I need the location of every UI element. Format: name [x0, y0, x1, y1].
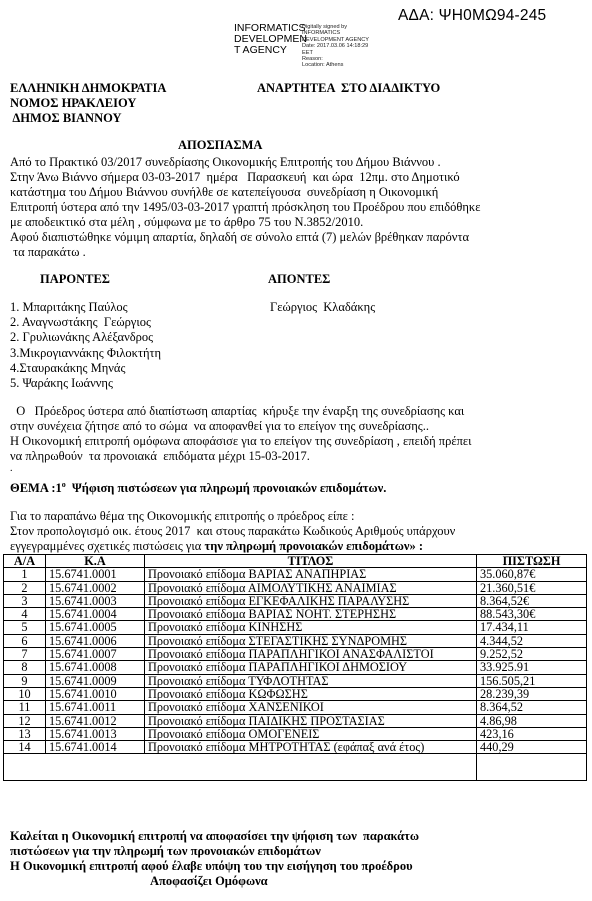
separator-dot: .	[10, 463, 13, 474]
closing-line: Καλείται η Οικονομική επιτροπή να αποφασ…	[10, 829, 419, 844]
budget-code: 15.6741.0003	[46, 594, 145, 607]
budget-code: 15.6741.0011	[46, 701, 145, 714]
allowance-title: Προνοιακό επίδομα ΧΑΝΣΕΝΙΚΟΙ	[145, 701, 477, 714]
chair-statement-line: εγγεγραμμένες σχετικές πιστώσεις για την…	[10, 539, 455, 554]
table-row: 1415.6741.0014Προνοιακό επίδομα ΜΗΤΡΟΤΗΤ…	[4, 741, 587, 754]
absent-members-list: Γεώργιος Κλαδάκης	[270, 300, 375, 315]
row-number: 6	[4, 634, 46, 647]
header-credit: ΠΙΣΤΩΣΗ	[477, 555, 587, 568]
present-member: 5. Ψαράκης Ιωάννης	[10, 376, 161, 391]
absent-heading: ΑΠΟΝΤΕΣ	[268, 272, 330, 287]
proceedings-line: στην συνέχεια ζήτησε από το σώμα να αποφ…	[10, 419, 472, 434]
table-row: 515.6741.0005Προνοιακό επίδομα ΚΙΝΗΣΗΣ17…	[4, 621, 587, 634]
empty-cell	[4, 754, 477, 781]
budget-code: 15.6741.0010	[46, 687, 145, 700]
credit-amount: 8.364,52	[477, 701, 587, 714]
present-member: 2. Αναγνωστάκης Γεώργιος	[10, 315, 161, 330]
budget-code: 15.6741.0008	[46, 661, 145, 674]
allowance-title: Προνοιακό επίδομα ΚΩΦΩΣΗΣ	[145, 687, 477, 700]
credit-amount: 440,29	[477, 741, 587, 754]
signature-detail-line: Location: Athens	[302, 62, 369, 68]
closing-paragraph: Καλείται η Οικονομική επιτροπή να αποφασ…	[10, 829, 419, 874]
publication-note: ΑΝΑΡΤΗΤΕΑ ΣΤΟ ΔΙΑΔΙΚΤΥΟ	[257, 81, 440, 96]
allowance-title: Προνοιακό επίδομα ΑΙΜΟΛΥΤΙΚΗΣ ΑΝΑΙΜΙΑΣ	[145, 581, 477, 594]
intro-line: Επιτροπή ύστερα από την 1495/03-03-2017 …	[10, 200, 480, 215]
credit-amount: 33.925.91	[477, 661, 587, 674]
table-row: 115.6741.0001Προνοιακό επίδομα ΒΑΡΙΑΣ ΑΝ…	[4, 568, 587, 581]
table-body: 115.6741.0001Προνοιακό επίδομα ΒΑΡΙΑΣ ΑΝ…	[4, 568, 587, 781]
issuer-line: ΝΟΜΟΣ ΗΡΑΚΛΕΙΟΥ	[10, 96, 166, 111]
table-row: 1015.6741.0010Προνοιακό επίδομα ΚΩΦΩΣΗΣ2…	[4, 687, 587, 700]
header-aa: Α/Α	[4, 555, 46, 568]
present-members-list: 1. Μπαριτάκης Παύλος 2. Αναγνωστάκης Γεώ…	[10, 300, 161, 391]
decision-text: Αποφασίζει Ομόφωνα	[150, 874, 268, 889]
allowance-title: Προνοιακό επίδομα ΣΤΕΓΑΣΤΙΚΗΣ ΣΥΝΔΡΟΜΗΣ	[145, 634, 477, 647]
chair-statement-line: Στον προπολογισμό οικ. έτους 2017 και στ…	[10, 524, 455, 539]
present-member: 1. Μπαριτάκης Παύλος	[10, 300, 161, 315]
row-number: 14	[4, 741, 46, 754]
issuer-header: ΕΛΛΗΝΙΚΗ ΔΗΜΟΚΡΑΤΙΑ ΝΟΜΟΣ ΗΡΑΚΛΕΙΟΥ ΔΗΜΟ…	[10, 81, 166, 126]
credit-amount: 156.505,21	[477, 674, 587, 687]
allowance-title: Προνοιακό επίδομα ΕΓΚΕΦΑΛΙΚΗΣ ΠΑΡΑΛΥΣΗΣ	[145, 594, 477, 607]
budget-code: 15.6741.0014	[46, 741, 145, 754]
table-row: 1215.6741.0012Προνοιακό επίδομα ΠΑΙΔΙΚΗΣ…	[4, 714, 587, 727]
closing-line: Η Οικονομική επιτροπή αφού έλαβε υπόψη τ…	[10, 859, 419, 874]
budget-code: 15.6741.0012	[46, 714, 145, 727]
present-heading: ΠΑΡΟΝΤΕΣ	[40, 272, 110, 287]
credit-amount: 4.344,52	[477, 634, 587, 647]
table-row: 315.6741.0003Προνοιακό επίδομα ΕΓΚΕΦΑΛΙΚ…	[4, 594, 587, 607]
table-row: 615.6741.0006Προνοιακό επίδομα ΣΤΕΓΑΣΤΙΚ…	[4, 634, 587, 647]
allowance-title: Προνοιακό επίδομα ΒΑΡΙΑΣ ΝΟΗΤ. ΣΤΕΡΗΣΗΣ	[145, 608, 477, 621]
intro-paragraph: Από το Πρακτικό 03/2017 συνεδρίασης Οικο…	[10, 155, 480, 260]
digital-signature-details: Digitally signed by INFORMATICS DEVELOPM…	[302, 24, 369, 69]
allowance-title: Προνοιακό επίδομα ΤΥΦΛΟΤΗΤΑΣ	[145, 674, 477, 687]
allowance-title: Προνοιακό επίδομα ΠΑΙΔΙΚΗΣ ΠΡΟΣΤΑΣΙΑΣ	[145, 714, 477, 727]
allowance-title: Προνοιακό επίδομα ΚΙΝΗΣΗΣ	[145, 621, 477, 634]
table-row: 215.6741.0002Προνοιακό επίδομα ΑΙΜΟΛΥΤΙΚ…	[4, 581, 587, 594]
credit-amount: 28.239,39	[477, 687, 587, 700]
present-member: 3.Μικρογιαννάκης Φιλοκτήτη	[10, 346, 161, 361]
row-number: 12	[4, 714, 46, 727]
budget-code: 15.6741.0004	[46, 608, 145, 621]
allowance-title: Προνοιακό επίδομα ΟΜΟΓΕΝΕΙΣ	[145, 727, 477, 740]
table-empty-row	[4, 754, 587, 781]
proceedings-line: να πληρωθούν τα προνοιακά επιδόματα μέχρ…	[10, 449, 472, 464]
table-row: 915.6741.0009Προνοιακό επίδομα ΤΥΦΛΟΤΗΤΑ…	[4, 674, 587, 687]
credit-amount: 88.543,30€	[477, 608, 587, 621]
allowance-title: Προνοιακό επίδομα ΒΑΡΙΑΣ ΑΝΑΠΗΡΙΑΣ	[145, 568, 477, 581]
chair-statement-bold: την πληρωμή προνοιακών επιδομάτων» :	[204, 539, 423, 553]
chair-statement-line: Για το παραπάνω θέμα της Οικονομικής επι…	[10, 509, 455, 524]
row-number: 10	[4, 687, 46, 700]
table-row: 815.6741.0008Προνοιακό επίδομα ΠΑΡΑΠΛΗΓΙ…	[4, 661, 587, 674]
credit-amount: 17.434,11	[477, 621, 587, 634]
budget-code: 15.6741.0001	[46, 568, 145, 581]
row-number: 8	[4, 661, 46, 674]
row-number: 4	[4, 608, 46, 621]
budget-code: 15.6741.0002	[46, 581, 145, 594]
proceedings-paragraph: Ο Πρόεδρος ύστερα από διαπίστωση απαρτία…	[10, 404, 472, 464]
row-number: 9	[4, 674, 46, 687]
allowance-title: Προνοιακό επίδομα ΜΗΤΡΟΤΗΤΑΣ (εφάπαξ ανά…	[145, 741, 477, 754]
present-member: 4.Σταυρακάκης Μηνάς	[10, 361, 161, 376]
header-title: ΤΙΤΛΟΣ	[145, 555, 477, 568]
ada-code: ΑΔΑ: ΨΗ0ΜΩ94-245	[398, 7, 546, 25]
intro-line: Από το Πρακτικό 03/2017 συνεδρίασης Οικο…	[10, 155, 480, 170]
table-row: 415.6741.0004Προνοιακό επίδομα ΒΑΡΙΑΣ ΝΟ…	[4, 608, 587, 621]
budget-code: 15.6741.0005	[46, 621, 145, 634]
budget-code: 15.6741.0007	[46, 648, 145, 661]
issuer-line: ΕΛΛΗΝΙΚΗ ΔΗΜΟΚΡΑΤΙΑ	[10, 81, 166, 96]
signature-org-line: T AGENCY	[234, 45, 307, 56]
row-number: 13	[4, 727, 46, 740]
credit-amount: 8.364,52€	[477, 594, 587, 607]
signature-detail-line: Date: 2017.03.06 14:18:29	[302, 43, 369, 49]
subject-heading: ΘΕΜΑ :1ο Ψήφιση πιστώσεων για πληρωμή πρ…	[10, 480, 386, 496]
proceedings-line: Ο Πρόεδρος ύστερα από διαπίστωση απαρτία…	[10, 404, 472, 419]
table-header-row: Α/Α Κ.Α ΤΙΤΛΟΣ ΠΙΣΤΩΣΗ	[4, 555, 587, 568]
allowance-title: Προνοιακό επίδομα ΠΑΡΑΠΛΗΓΙΚΟΙ ΔΗΜΟΣΙΟΥ	[145, 661, 477, 674]
signature-organization: INFORMATICS DEVELOPMEN T AGENCY	[234, 23, 307, 56]
subject-prefix: ΘΕΜΑ :1	[10, 481, 62, 495]
row-number: 2	[4, 581, 46, 594]
table-row: 1115.6741.0011Προνοιακό επίδομα ΧΑΝΣΕΝΙΚ…	[4, 701, 587, 714]
closing-line: πιστώσεων για την πληρωμή των προνοιακών…	[10, 844, 419, 859]
intro-line: τα παρακάτω .	[10, 245, 480, 260]
row-number: 5	[4, 621, 46, 634]
budget-code: 15.6741.0013	[46, 727, 145, 740]
row-number: 11	[4, 701, 46, 714]
table-row: 1315.6741.0013Προνοιακό επίδομα ΟΜΟΓΕΝΕΙ…	[4, 727, 587, 740]
issuer-line: ΔΗΜΟΣ ΒΙΑΝΝΟΥ	[10, 111, 166, 126]
intro-line: κατάστημα του Δήμου Βιάννου συνήλθε σε κ…	[10, 185, 480, 200]
credit-amount: 4.86,98	[477, 714, 587, 727]
table-row: 715.6741.0007Προνοιακό επίδομα ΠΑΡΑΠΛΗΓΙ…	[4, 648, 587, 661]
absent-member: Γεώργιος Κλαδάκης	[270, 300, 375, 315]
intro-line: Αφού διαπιστώθηκε νόμιμη απαρτία, δηλαδή…	[10, 230, 480, 245]
budget-code: 15.6741.0006	[46, 634, 145, 647]
row-number: 7	[4, 648, 46, 661]
budget-code: 15.6741.0009	[46, 674, 145, 687]
credits-table: Α/Α Κ.Α ΤΙΤΛΟΣ ΠΙΣΤΩΣΗ 115.6741.0001Προν…	[3, 554, 587, 781]
present-member: 2. Γρυλιωνάκης Αλέξανδρος	[10, 330, 161, 345]
intro-line: Στην Άνω Βιάννο σήμερα 03-03-2017 ημέρα …	[10, 170, 480, 185]
subject-text: Ψήφιση πιστώσεων για πληρωμή προνοιακών …	[66, 481, 387, 495]
row-number: 1	[4, 568, 46, 581]
credit-amount: 9.252,52	[477, 648, 587, 661]
credit-amount: 21.360,51€	[477, 581, 587, 594]
header-ka: Κ.Α	[46, 555, 145, 568]
document-title: ΑΠΟΣΠΑΣΜΑ	[178, 138, 262, 153]
proceedings-line: Η Οικονομική επιτροπή ομόφωνα αποφάσισε …	[10, 434, 472, 449]
row-number: 3	[4, 594, 46, 607]
chair-statement: Για το παραπάνω θέμα της Οικονομικής επι…	[10, 509, 455, 554]
credit-amount: 35.060,87€	[477, 568, 587, 581]
allowance-title: Προνοιακό επίδομα ΠΑΡΑΠΛΗΓΙΚΟΙ ΑΝΑΣΦΑΛΙΣ…	[145, 648, 477, 661]
chair-statement-normal: εγγεγραμμένες σχετικές πιστώσεις για	[10, 539, 204, 553]
empty-cell	[477, 754, 587, 781]
credit-amount: 423,16	[477, 727, 587, 740]
intro-line: με αποδεικτικό στα μέλη , σύμφωνα με το …	[10, 215, 480, 230]
